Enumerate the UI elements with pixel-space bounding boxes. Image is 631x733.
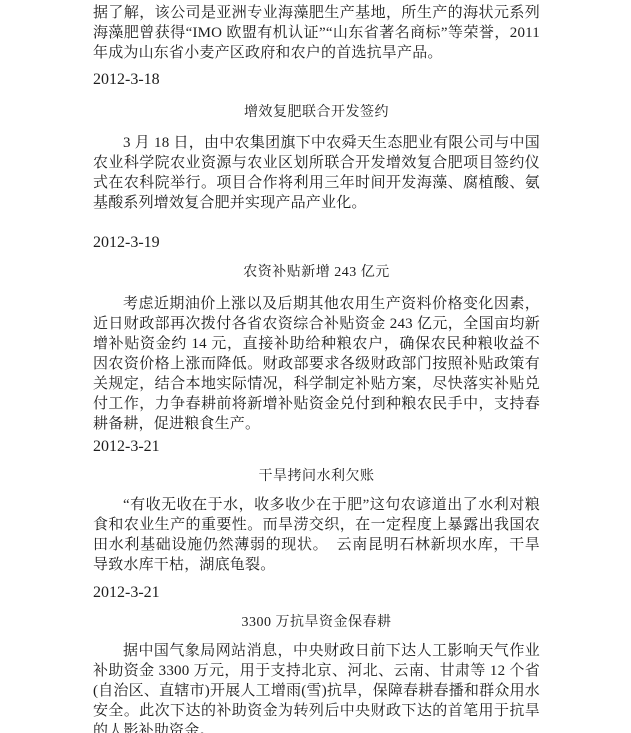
section-body: 考虑近期油价上涨以及后期其他农用生产资料价格变化因素，近日财政部再次拨付各省农资…	[93, 294, 540, 434]
section-title: 干旱拷问水利欠账	[93, 467, 540, 487]
section-body: 3 月 18 日，由中农集团旗下中农舜天生态肥业有限公司与中国农业科学院农业资源…	[93, 133, 540, 213]
news-section-2012-3-19: 2012-3-19 农资补贴新增 243 亿元 考虑近期油价上涨以及后期其他农用…	[93, 233, 540, 434]
section-body: “有收无收在于水，收多收少在于肥”这句农谚道出了水利对粮食和农业生产的重要性。而…	[93, 495, 540, 575]
section-title: 增效复肥联合开发签约	[93, 103, 540, 123]
news-section-2012-3-21-funds: 2012-3-21 3300 万抗旱资金保春耕 据中国气象局网站消息，中央财政日…	[93, 583, 540, 733]
section-date: 2012-3-21	[93, 583, 540, 603]
section-title: 3300 万抗旱资金保春耕	[93, 613, 540, 633]
section-date: 2012-3-19	[93, 233, 540, 253]
section-date: 2012-3-21	[93, 437, 540, 457]
intro-paragraph: 据了解，该公司是亚洲专业海藻肥生产基地，所生产的海状元系列海藻肥曾获得“IMO …	[93, 3, 540, 63]
section-body: 据中国气象局网站消息，中央财政日前下达人工影响天气作业补助资金 3300 万元，…	[93, 641, 540, 733]
news-section-2012-3-18: 2012-3-18 增效复肥联合开发签约 3 月 18 日，由中农集团旗下中农舜…	[93, 70, 540, 213]
news-section-2012-3-21-drought: 2012-3-21 干旱拷问水利欠账 “有收无收在于水，收多收少在于肥”这句农谚…	[93, 437, 540, 575]
section-date: 2012-3-18	[93, 70, 540, 90]
document-page: 据了解，该公司是亚洲专业海藻肥生产基地，所生产的海状元系列海藻肥曾获得“IMO …	[0, 0, 631, 733]
section-title: 农资补贴新增 243 亿元	[93, 263, 540, 283]
